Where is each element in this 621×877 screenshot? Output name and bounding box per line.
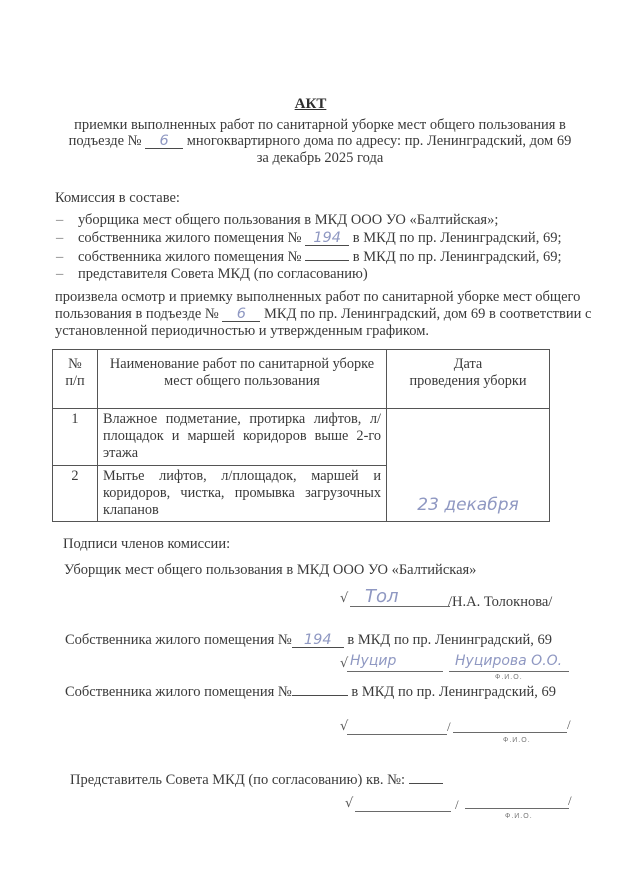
paragraph-line-3: установленной периодичностью и утвержден… bbox=[55, 323, 429, 339]
subtitle-suffix: многоквартирного дома по адресу: пр. Лен… bbox=[187, 133, 572, 149]
paragraph-line-2: пользования в подъезде № 6 МКД по пр. Ле… bbox=[55, 306, 591, 322]
header-work-name: Наименование работ по санитарной уборке … bbox=[98, 350, 387, 409]
table-header-row: № п/п Наименование работ по санитарной у… bbox=[53, 350, 550, 409]
fio-label: Ф.И.О. bbox=[505, 813, 533, 820]
list-dash: – bbox=[56, 212, 78, 228]
row-work: Влажное подметание, протирка лифтов, л/п… bbox=[98, 409, 387, 466]
signatures-heading: Подписи членов комиссии: bbox=[63, 536, 230, 552]
check-mark-icon: √ bbox=[345, 796, 353, 811]
date-cell[interactable]: 23 декабря bbox=[387, 409, 550, 522]
date-handwritten: 23 декабря bbox=[417, 495, 518, 515]
works-table: № п/п Наименование работ по санитарной у… bbox=[52, 349, 550, 522]
subtitle-period: за декабрь 2025 года bbox=[40, 150, 600, 167]
owner-1-number-field[interactable]: 194 bbox=[292, 633, 344, 648]
commission-heading: Комиссия в составе: bbox=[55, 190, 180, 206]
commission-member-owner-1: –собственника жилого помещения № 194 в М… bbox=[56, 230, 561, 246]
commission-member-owner-2: –собственника жилого помещения № в МКД п… bbox=[56, 249, 561, 265]
owner-1-signature-line[interactable] bbox=[347, 671, 443, 672]
council-apartment-field[interactable] bbox=[409, 783, 443, 784]
commission-member-council: –представителя Совета МКД (по согласован… bbox=[56, 266, 368, 282]
check-mark-icon: √ bbox=[340, 719, 348, 734]
paragraph-entrance-field[interactable]: 6 bbox=[222, 307, 260, 322]
row-number: 1 bbox=[53, 409, 98, 466]
commission-member-cleaner: –уборщика мест общего пользования в МКД … bbox=[56, 212, 498, 228]
owner-1-signature: Нуцир bbox=[350, 653, 396, 669]
check-mark-icon: √ bbox=[340, 656, 348, 671]
list-dash: – bbox=[56, 249, 78, 265]
council-signature-line[interactable] bbox=[355, 811, 451, 812]
owner-1-name: Нуцирова О.О. bbox=[455, 653, 562, 669]
cleaner-label: Уборщик мест общего пользования в МКД ОО… bbox=[64, 562, 476, 578]
table-row: 1 Влажное подметание, протирка лифтов, л… bbox=[53, 409, 550, 466]
list-dash: – bbox=[56, 266, 78, 282]
fio-label: Ф.И.О. bbox=[503, 737, 531, 744]
owner-2-apartment-field[interactable] bbox=[305, 260, 349, 261]
document-title: АКТ bbox=[0, 96, 621, 113]
list-dash: – bbox=[56, 230, 78, 246]
paragraph-line-1: произвела осмотр и приемку выполненных р… bbox=[55, 289, 580, 305]
header-date: Дата проведения уборки bbox=[387, 350, 550, 409]
owner-1-apartment-field[interactable]: 194 bbox=[305, 231, 349, 246]
owner-1-signature-row: Собственника жилого помещения №194 в МКД… bbox=[65, 632, 552, 648]
subtitle-line-2: подъезде № 6 многоквартирного дома по ад… bbox=[40, 133, 600, 150]
subtitle-prefix: подъезде № bbox=[69, 133, 142, 149]
cleaner-name: /Н.А. Толокнова/ bbox=[448, 594, 552, 610]
owner-2-number-field[interactable] bbox=[292, 695, 348, 696]
subtitle-line-1: приемки выполненных работ по санитарной … bbox=[40, 117, 600, 134]
council-name-line[interactable] bbox=[465, 808, 569, 809]
owner-2-signature-row: Собственника жилого помещения № в МКД по… bbox=[65, 684, 556, 700]
entrance-number-field[interactable]: 6 bbox=[145, 134, 183, 149]
fio-label: Ф.И.О. bbox=[495, 674, 523, 681]
owner-2-name-line[interactable] bbox=[453, 732, 567, 733]
check-mark-icon: √ bbox=[340, 591, 348, 606]
cleaner-signature: Тол bbox=[365, 586, 399, 607]
council-signature-row: Представитель Совета МКД (по согласовани… bbox=[70, 772, 443, 788]
row-work: Мытье лифтов, л/площадок, маршей и корид… bbox=[98, 466, 387, 522]
owner-2-signature-line[interactable] bbox=[347, 734, 447, 735]
header-number: № п/п bbox=[53, 350, 98, 409]
owner-1-name-line[interactable] bbox=[449, 671, 569, 672]
row-number: 2 bbox=[53, 466, 98, 522]
